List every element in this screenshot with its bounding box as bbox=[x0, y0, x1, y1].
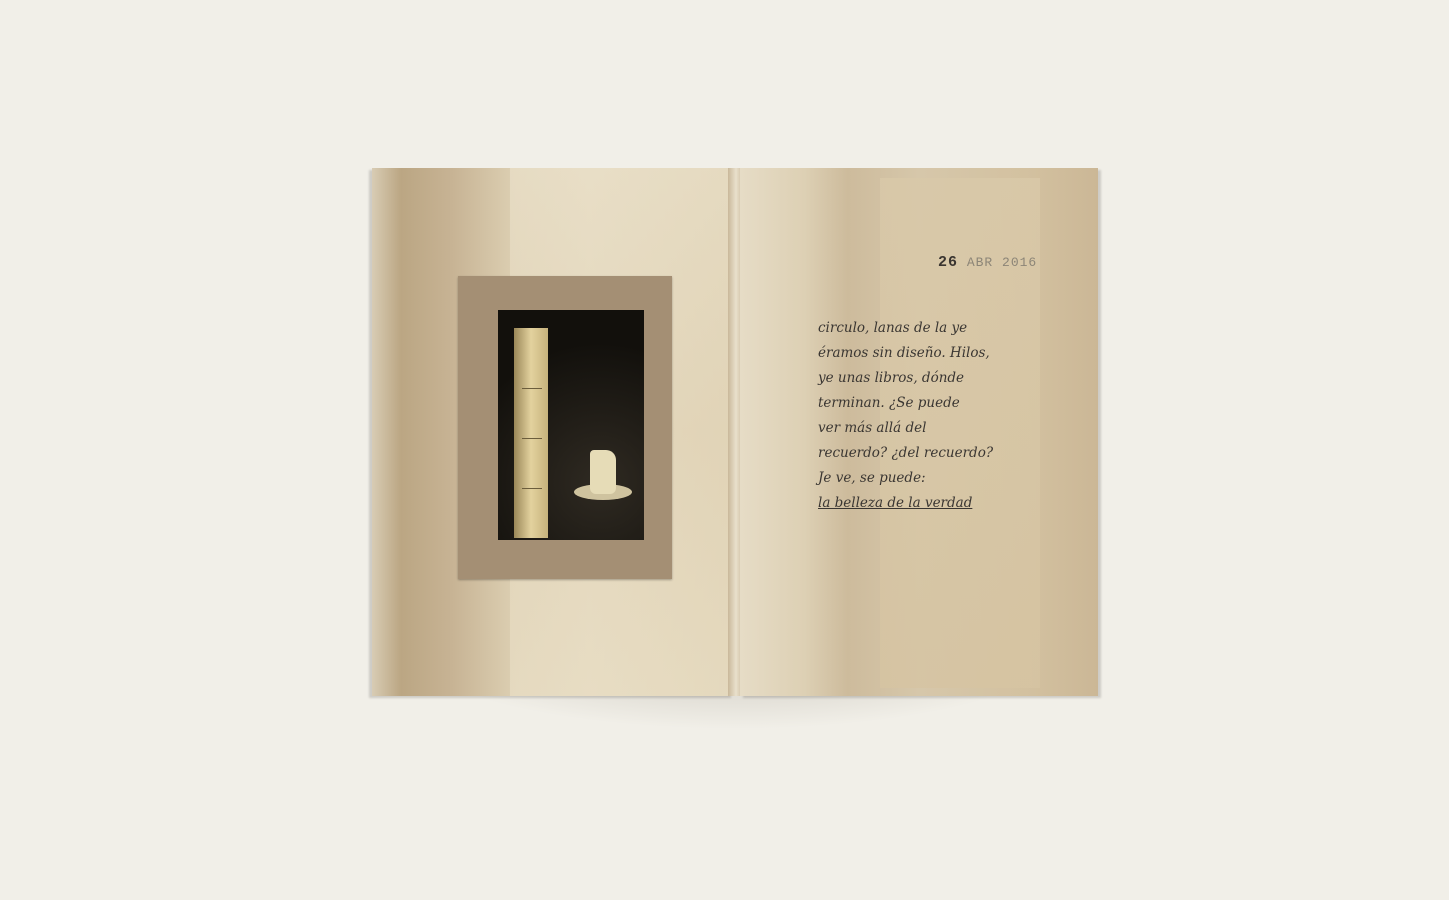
note-line: ye unas libros, dónde bbox=[818, 366, 1048, 391]
note-line: circulo, lanas de la ye bbox=[818, 316, 1048, 341]
door-image bbox=[514, 328, 548, 538]
photo-mount bbox=[458, 276, 672, 579]
note-line: recuerdo? ¿del recuerdo? bbox=[818, 441, 1048, 466]
open-journal: 26 ABR 2016 circulo, lanas de la ye éram… bbox=[372, 168, 1100, 696]
note-line: terminan. ¿Se puede bbox=[818, 391, 1048, 416]
date-stamp: 26 ABR 2016 bbox=[938, 254, 1037, 271]
note-line: éramos sin diseño. Hilos, bbox=[818, 341, 1048, 366]
note-line: Je ve, se puede: bbox=[818, 466, 1048, 491]
left-page bbox=[372, 168, 734, 696]
handwritten-note: circulo, lanas de la ye éramos sin diseñ… bbox=[818, 316, 1048, 516]
stamp-day: 26 bbox=[938, 254, 958, 271]
sepia-photograph bbox=[498, 310, 644, 540]
note-line: la belleza de la verdad bbox=[818, 491, 1048, 516]
note-line: ver más allá del bbox=[818, 416, 1048, 441]
pitcher-image bbox=[590, 450, 616, 494]
stamp-month-year: ABR 2016 bbox=[967, 255, 1037, 270]
